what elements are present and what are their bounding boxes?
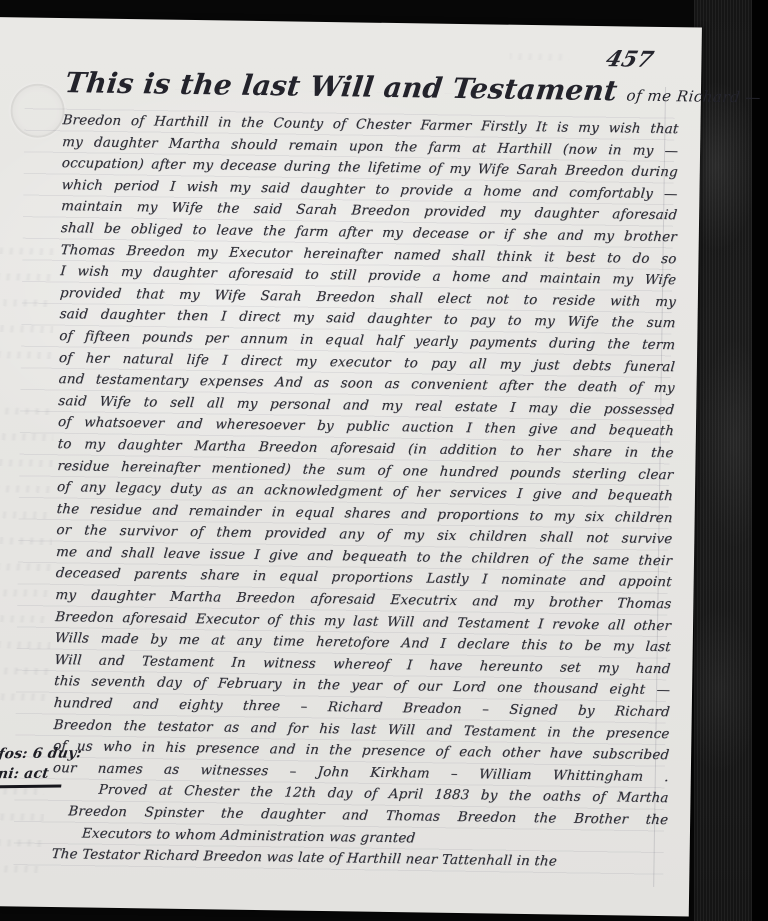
will-heading: This is the last Will and Testament of m… bbox=[63, 66, 683, 113]
heading-main: This is the last Will and Testament bbox=[63, 66, 619, 107]
page-number: 457 bbox=[603, 46, 656, 73]
scan-background bbox=[752, 0, 768, 921]
bleed-through-text bbox=[509, 53, 569, 72]
will-document-page: 457 This is the last Will and Testament … bbox=[0, 17, 702, 916]
embossed-stamp bbox=[10, 83, 65, 138]
bleed-through-text bbox=[0, 407, 54, 708]
heading-tail: of me Richard — bbox=[626, 86, 763, 106]
scanned-will-page: { "page": { "number": "457", "heading": … bbox=[0, 0, 768, 921]
margin-note-line1: fos: 6 duy: bbox=[0, 743, 83, 764]
margin-note-line2: ni: act bbox=[0, 764, 64, 789]
will-body: Breedon of Harthill in the County of Che… bbox=[51, 110, 678, 875]
probate-margin-note: fos: 6 duy: ni: act bbox=[0, 743, 83, 788]
will-text-block: This is the last Will and Testament of m… bbox=[51, 66, 679, 875]
bleed-through-text bbox=[0, 787, 45, 878]
book-edge-band bbox=[694, 0, 768, 921]
bleed-through-text bbox=[0, 247, 55, 368]
